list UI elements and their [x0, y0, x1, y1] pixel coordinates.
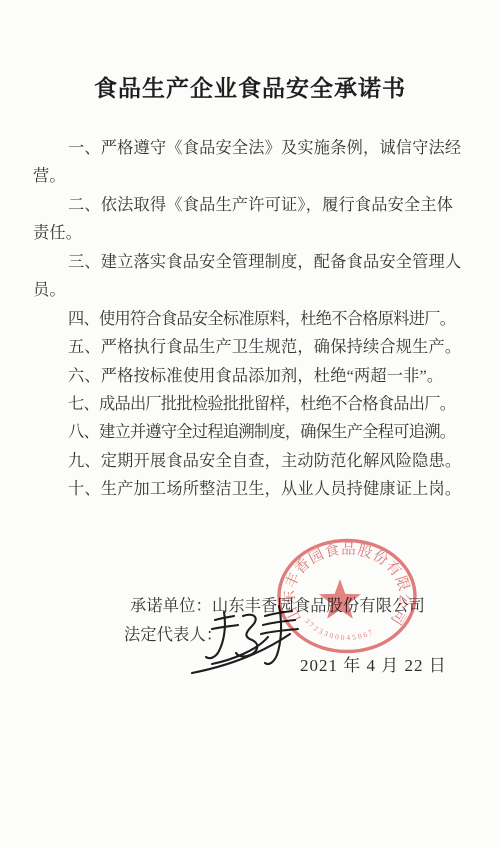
document-title: 食品生产企业食品安全承诺书 [0, 70, 500, 103]
commitment-line-7: 四、使用符合食品安全标准原料，杜绝不合格原料进厂。 [33, 305, 473, 333]
commitment-line-4: 责任。 [33, 219, 473, 247]
commitment-line-6: 员。 [33, 276, 473, 304]
commitment-line-12: 九、定期开展食品安全自查，主动防范化解风险隐患。 [33, 447, 473, 475]
commitment-body: 一、严格遵守《食品安全法》及实施条例，诚信守法经 营。 二、依法取得《食品生产许… [33, 134, 473, 504]
commitment-line-13: 十、生产加工场所整洁卫生，从业人员持健康证上岗。 [33, 475, 473, 503]
seal-code-text: 3723300045867 [303, 616, 376, 642]
seal-star-icon [319, 579, 361, 619]
commitment-line-8: 五、严格执行食品生产卫生规范，确保持续合规生产。 [33, 333, 473, 361]
commitment-line-5: 三、建立落实食品安全管理制度，配备食品安全管理人 [33, 248, 473, 276]
commitment-line-2: 营。 [33, 162, 473, 190]
commitment-line-11: 八、建立并遵守全过程追溯制度，确保生产全程可追溯。 [33, 418, 473, 446]
commitment-line-1: 一、严格遵守《食品安全法》及实施条例，诚信守法经 [33, 134, 473, 162]
scanned-document-page: 食品生产企业食品安全承诺书 一、严格遵守《食品安全法》及实施条例，诚信守法经 营… [0, 0, 500, 847]
commitment-line-3: 二、依法取得《食品生产许可证》，履行食品安全主体 [33, 191, 473, 219]
company-seal: 山东丰香园食品股份有限公司 3723300045867 [270, 530, 430, 662]
commitment-line-9: 六、严格按标准使用食品添加剂，杜绝“两超一非”。 [33, 362, 473, 390]
commitment-line-10: 七、成品出厂批批检验批批留样，杜绝不合格食品出厂。 [33, 390, 473, 418]
